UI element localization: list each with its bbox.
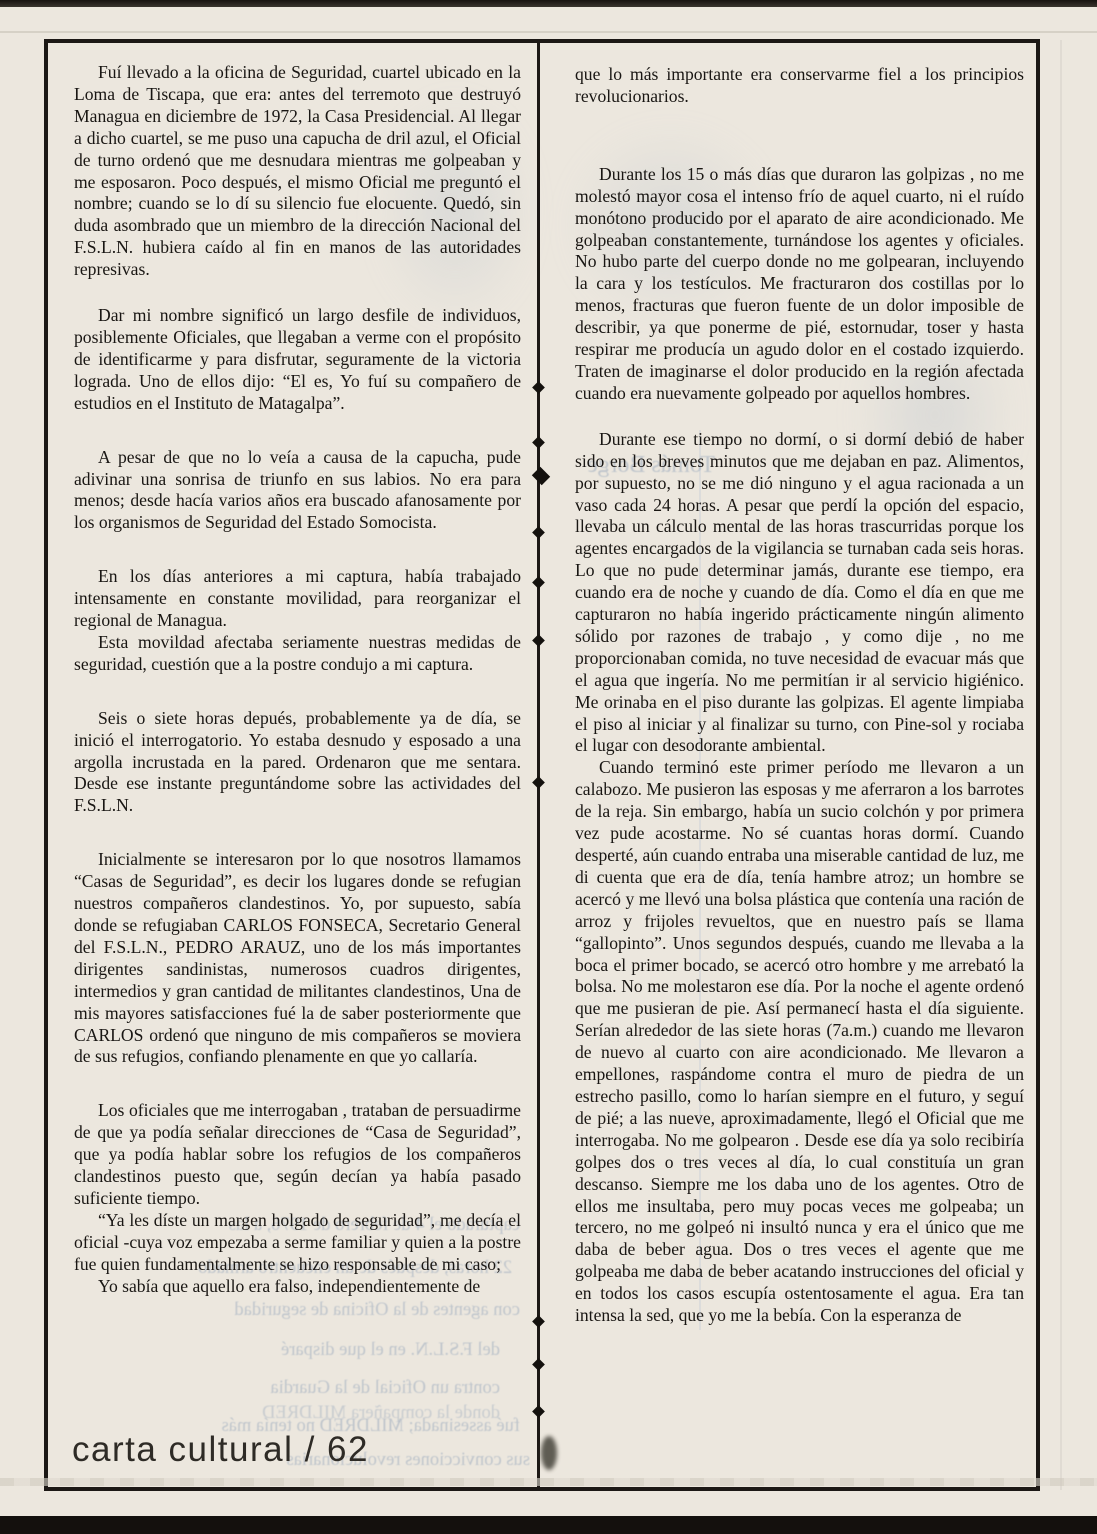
publication-footer: carta cultural / 62 — [72, 1430, 369, 1470]
paragraph: Seis o siete horas depués, probablemente… — [74, 708, 521, 818]
paragraph: Esta movildad afectaba seriamente nuestr… — [74, 632, 521, 676]
page-crease — [1060, 40, 1062, 1490]
paragraph: Fuí llevado a la oficina de Seguridad, c… — [74, 62, 521, 281]
paragraph: A pesar de que no lo veía a causa de la … — [74, 447, 521, 535]
paragraph: Los oficiales que me interrogaban , trat… — [74, 1100, 521, 1210]
column-divider-line — [537, 39, 540, 1491]
left-text-column: Fuí llevado a la oficina de Seguridad, c… — [74, 62, 521, 1414]
scan-edge-bottom — [0, 1516, 1097, 1534]
paragraph: Dar mi nombre significó un largo desfile… — [74, 305, 521, 415]
paragraph: que lo más importante era conservarme fi… — [575, 64, 1024, 108]
paragraph: Durante ese tiempo no dormí, o si dormí … — [575, 429, 1024, 758]
scan-edge-top — [0, 0, 1097, 7]
paragraph: Inicialmente se interesaron por lo que n… — [74, 849, 521, 1068]
paragraph: Yo sabía que aquello era falso, independ… — [74, 1276, 521, 1298]
scan-smear — [0, 1478, 1097, 1486]
ink-smudge — [541, 1436, 557, 1470]
paragraph: “Ya les díste un margen holgado de segur… — [74, 1210, 521, 1276]
right-text-column: que lo más importante era conservarme fi… — [575, 64, 1024, 1456]
paragraph: Cuando terminó este primer período me ll… — [575, 757, 1024, 1327]
paragraph: En los días anteriores a mi captura, hab… — [74, 566, 521, 632]
page-edge-line — [0, 31, 1097, 33]
paragraph: Durante los 15 o más días que duraron la… — [575, 164, 1024, 405]
